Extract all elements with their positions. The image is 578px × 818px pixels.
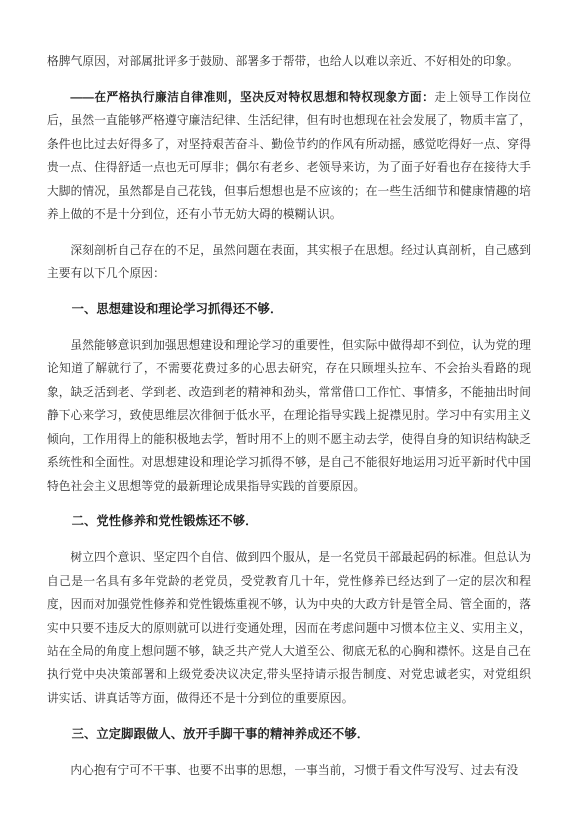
paragraph-integrity-self-discipline: ——在严格执行廉洁自律准则，坚决反对特权思想和特权现象方面：走上领导工作岗位后，…: [47, 86, 531, 226]
heading-reason-3: 三、立定脚跟做人、放开手脚干事的精神养成还不够．: [47, 723, 531, 746]
heading-reason-1: 一、思想建设和理论学习抓得还不够．: [47, 298, 531, 321]
paragraph-bold-lead: ——在严格执行廉洁自律准则，坚决反对特权思想和特权现象方面：: [70, 91, 434, 104]
document-page: 格脾气原因，对部属批评多于鼓励、部署多于帮带，也给人以难以亲近、不好相处的印象。…: [0, 0, 578, 818]
paragraph-reason-1: 虽然能够意识到加强思想建设和理论学习的重要性，但实际中做得却不到位，认为党的理论…: [47, 334, 531, 498]
paragraph-overflow-continuation: 格脾气原因，对部属批评多于鼓励、部署多于帮带，也给人以难以亲近、不好相处的印象。: [47, 50, 531, 73]
paragraph-reason-3: 内心抱有宁可不干事、也要不出事的思想，一事当前，习惯于看文件写没写、过去有没: [47, 759, 531, 782]
paragraph-body-text: 走上领导工作岗位后，虽然一直能够严格遵守廉洁纪律、生活纪律，但有时也想现在社会发…: [47, 91, 531, 221]
paragraph-root-cause-intro: 深刻剖析自己存在的不足，虽然问题在表面，其实根子在思想。经过认真剖析，自己感到主…: [47, 239, 531, 286]
heading-reason-2: 二、党性修养和党性锻炼还不够．: [47, 510, 531, 533]
paragraph-reason-2: 树立四个意识、坚定四个自信、做到四个服从，是一名党员干部最起码的标准。但总认为自…: [47, 546, 531, 710]
